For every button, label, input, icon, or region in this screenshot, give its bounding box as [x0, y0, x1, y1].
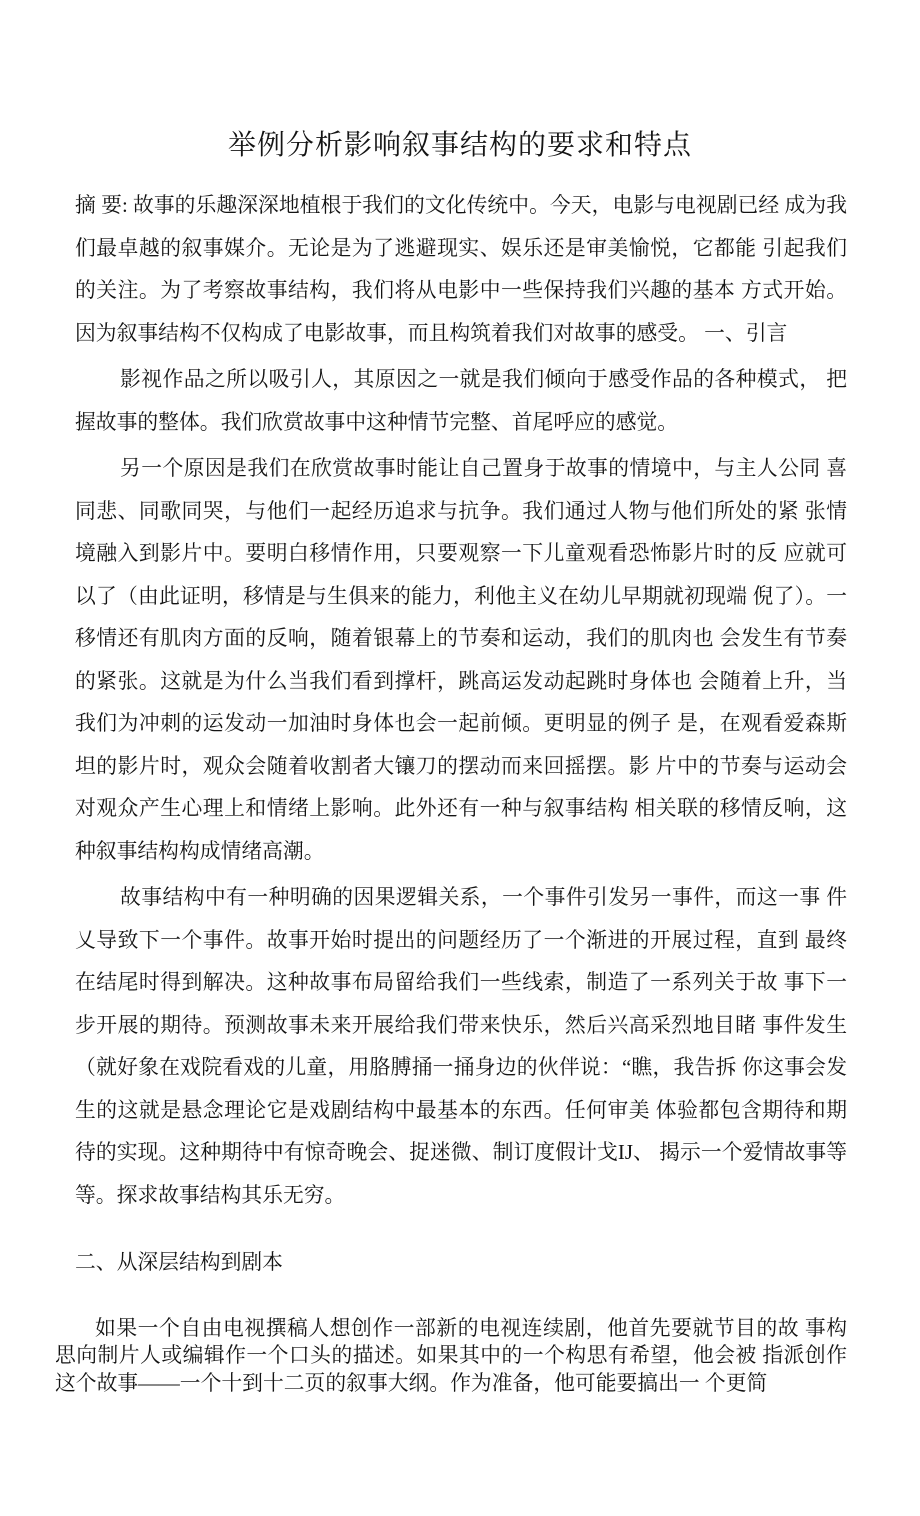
- document-body: 摘 要: 故事的乐趣深深地植根于我们的文化传统中。今天，电影与电视剧已经 成为我…: [75, 185, 847, 1397]
- document-page: 举例分析影响叙事结构的要求和特点 摘 要: 故事的乐趣深深地植根于我们的文化传统…: [0, 0, 920, 1516]
- paragraph-empathy: 另一个原因是我们在欣赏故事时能让自己置身于故事的情境中，与主人公同 喜同悲、同歌…: [75, 448, 847, 873]
- paragraph-screenwriter: 如果一个自由电视撰稿人想创作一部新的电视连续剧，他首先要就节目的故 事构思向制片…: [55, 1315, 847, 1398]
- section-heading-deep-structure: 二、从深层结构到剧本: [75, 1242, 847, 1285]
- paragraph-intro-appeal: 影视作品之所以吸引人，其原因之一就是我们倾向于感受作品的各种模式， 把握故事的整…: [75, 359, 847, 444]
- paragraph-causal-structure: 故事结构中有一种明确的因果逻辑关系，一个事件引发另一事件，而这一事 件乂导致下一…: [75, 877, 847, 1217]
- document-title: 举例分析影响叙事结构的要求和特点: [0, 0, 920, 166]
- paragraph-abstract: 摘 要: 故事的乐趣深深地植根于我们的文化传统中。今天，电影与电视剧已经 成为我…: [75, 185, 847, 355]
